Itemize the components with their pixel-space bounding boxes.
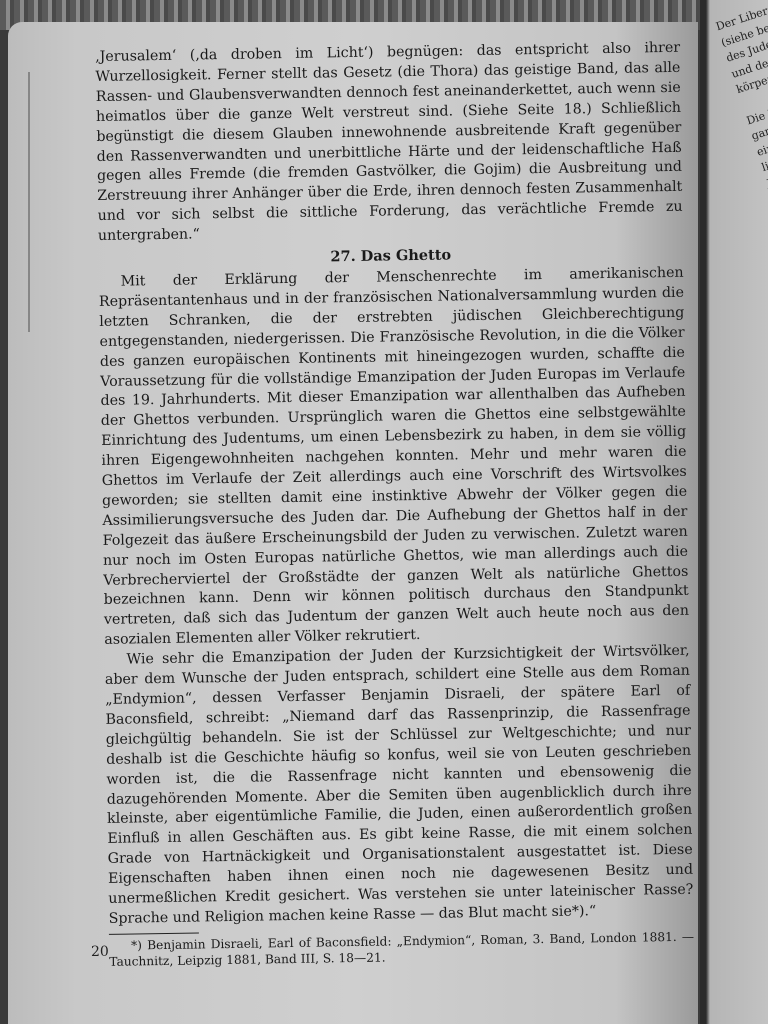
opening-paragraph: ,Jerusalem‘ (,da droben im Licht‘) begnü…	[95, 39, 683, 247]
footnote-divider	[109, 932, 199, 934]
paragraph-2: Wie sehr die Emanzipation der Juden der …	[104, 642, 693, 930]
page-text-block: ,Jerusalem‘ (,da droben im Licht‘) begnü…	[95, 39, 694, 970]
adjacent-page-text: Der Liberal(siehe besonderdes Judentumsu…	[714, 0, 768, 725]
paragraph-1: Mit der Erklärung der Menschenrechte im …	[99, 264, 690, 651]
page-number: 20	[91, 944, 109, 960]
book-page-right-edge: Der Liberal(siehe besonderdes Judentumsu…	[700, 0, 768, 1024]
page-fold-shadow	[28, 72, 30, 332]
